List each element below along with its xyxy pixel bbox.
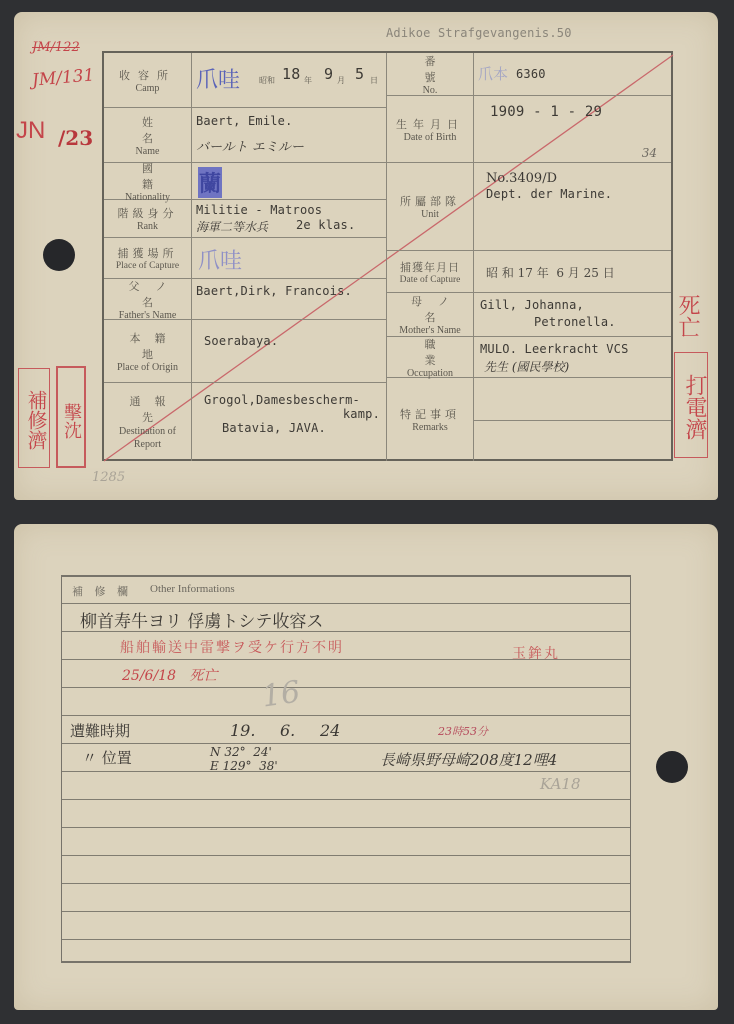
other-informations-table: 補 修 欄 Other Informations 柳首寿牛ヨリ 俘虜トシテ收容ス… [61, 575, 631, 963]
label-place-of-origin: 本籍地 Place of Origin [104, 320, 192, 383]
label-name: 姓名 Name [104, 108, 192, 163]
value-unit: No.3409/D Dept. der Marine. [474, 163, 671, 251]
value-name: Baert, Emile. バールト エミルー [192, 108, 387, 163]
longitude: E 129° 38' [210, 759, 278, 773]
value-date-of-capture: 昭 和 17 年 6 月 25 日 [474, 251, 671, 293]
value-camp: 爪哇 昭和 18 年 9 月 5 日 [192, 53, 387, 108]
incident-location: 長崎県野母崎208度12哩4 [380, 749, 557, 770]
label-date-of-birth: 生年月日 Date of Birth [387, 96, 474, 163]
label-remarks: 特記事項 Remarks [387, 378, 474, 461]
label-date-of-capture: 捕獲年月日 Date of Capture [387, 251, 474, 293]
label-camp: 收容所 Camp [104, 53, 192, 108]
pencil-code: KA18 [540, 775, 581, 793]
value-occupation: MULO. Leerkracht VCS 先生 (國民學校) [474, 337, 671, 378]
struck-code: JM/122 [32, 40, 80, 55]
value-place-of-origin: Soerabaya. [192, 320, 387, 383]
other-info-header-en: Other Informations [150, 583, 235, 595]
value-nationality: 蘭 [192, 163, 387, 200]
stamp-sunk: 擊沈 [56, 366, 86, 468]
prison-header: Adikoe Strafgevangenis.50 [386, 26, 572, 40]
label-destination-of-report: 通報先 Destination of Report [104, 383, 192, 461]
latitude: N 32° 24' [210, 745, 272, 759]
value-place-of-capture: 爪哇 [192, 238, 387, 279]
stamp-supplemented: 補修濟 [18, 368, 50, 468]
value-number: 爪本 6360 [474, 53, 671, 96]
value-rank: Militie - Matroos 海軍二等水兵 2e klas. [192, 200, 387, 238]
remarks-divider [474, 420, 671, 421]
note-captured: 柳首寿牛ヨリ 俘虜トシテ收容ス [80, 607, 323, 632]
value-mothers-name: Gill, Johanna, Petronella. [474, 293, 671, 337]
pow-record-card-front: Adikoe Strafgevangenis.50 JM/122 JM/131 … [14, 12, 718, 500]
label-incident-position: 〃 位置 [82, 747, 132, 768]
label-unit: 所屬部隊 Unit [387, 163, 474, 251]
note-death-date: 25/6/18 死亡 [122, 665, 217, 685]
pencil-number: 1285 [92, 470, 125, 485]
value-remarks [474, 378, 671, 461]
register-code: JM/131 [31, 65, 95, 90]
punch-hole [43, 239, 75, 271]
label-number: 番號 No. [387, 53, 474, 96]
pow-record-card-back: 補 修 欄 Other Informations 柳首寿牛ヨリ 俘虜トシテ收容ス… [14, 524, 718, 1010]
note-torpedoed: 船舶輸送中雷撃ヲ受ケ行方不明 [120, 637, 344, 657]
stamp-deceased: 死亡 [674, 294, 700, 338]
pencil-overlay: 16 [260, 675, 303, 715]
ship-name: 玉鉾丸 [512, 643, 560, 663]
incident-clock-time: 23時53分 [438, 723, 488, 739]
label-rank: 階級身分 Rank [104, 200, 192, 238]
value-destination-of-report: Grogol,Damesbescherm- kamp. Batavia, JAV… [192, 383, 387, 461]
value-fathers-name: Baert,Dirk, Francois. [192, 279, 387, 320]
other-info-header-jp: 補 修 欄 [72, 583, 132, 599]
label-incident-time: 遭難時期 [70, 720, 130, 741]
label-fathers-name: 父ノ名 Father's Name [104, 279, 192, 320]
label-nationality: 國籍 Nationality [104, 163, 192, 200]
record-table: 收容所 Camp 爪哇 昭和 18 年 9 月 5 日 姓名 Name Baer… [102, 51, 673, 461]
jn-label: JN [16, 117, 45, 145]
label-place-of-capture: 捕獲場所 Place of Capture [104, 238, 192, 279]
label-occupation: 職業 Occupation [387, 337, 474, 378]
jn-number: /23 [58, 126, 93, 150]
value-date-of-birth: 1909 - 1 - 29 34 [474, 96, 671, 163]
punch-hole [656, 751, 688, 783]
stamp-telegraphed: 打電濟 [674, 352, 708, 458]
label-mothers-name: 母ノ名 Mother's Name [387, 293, 474, 337]
